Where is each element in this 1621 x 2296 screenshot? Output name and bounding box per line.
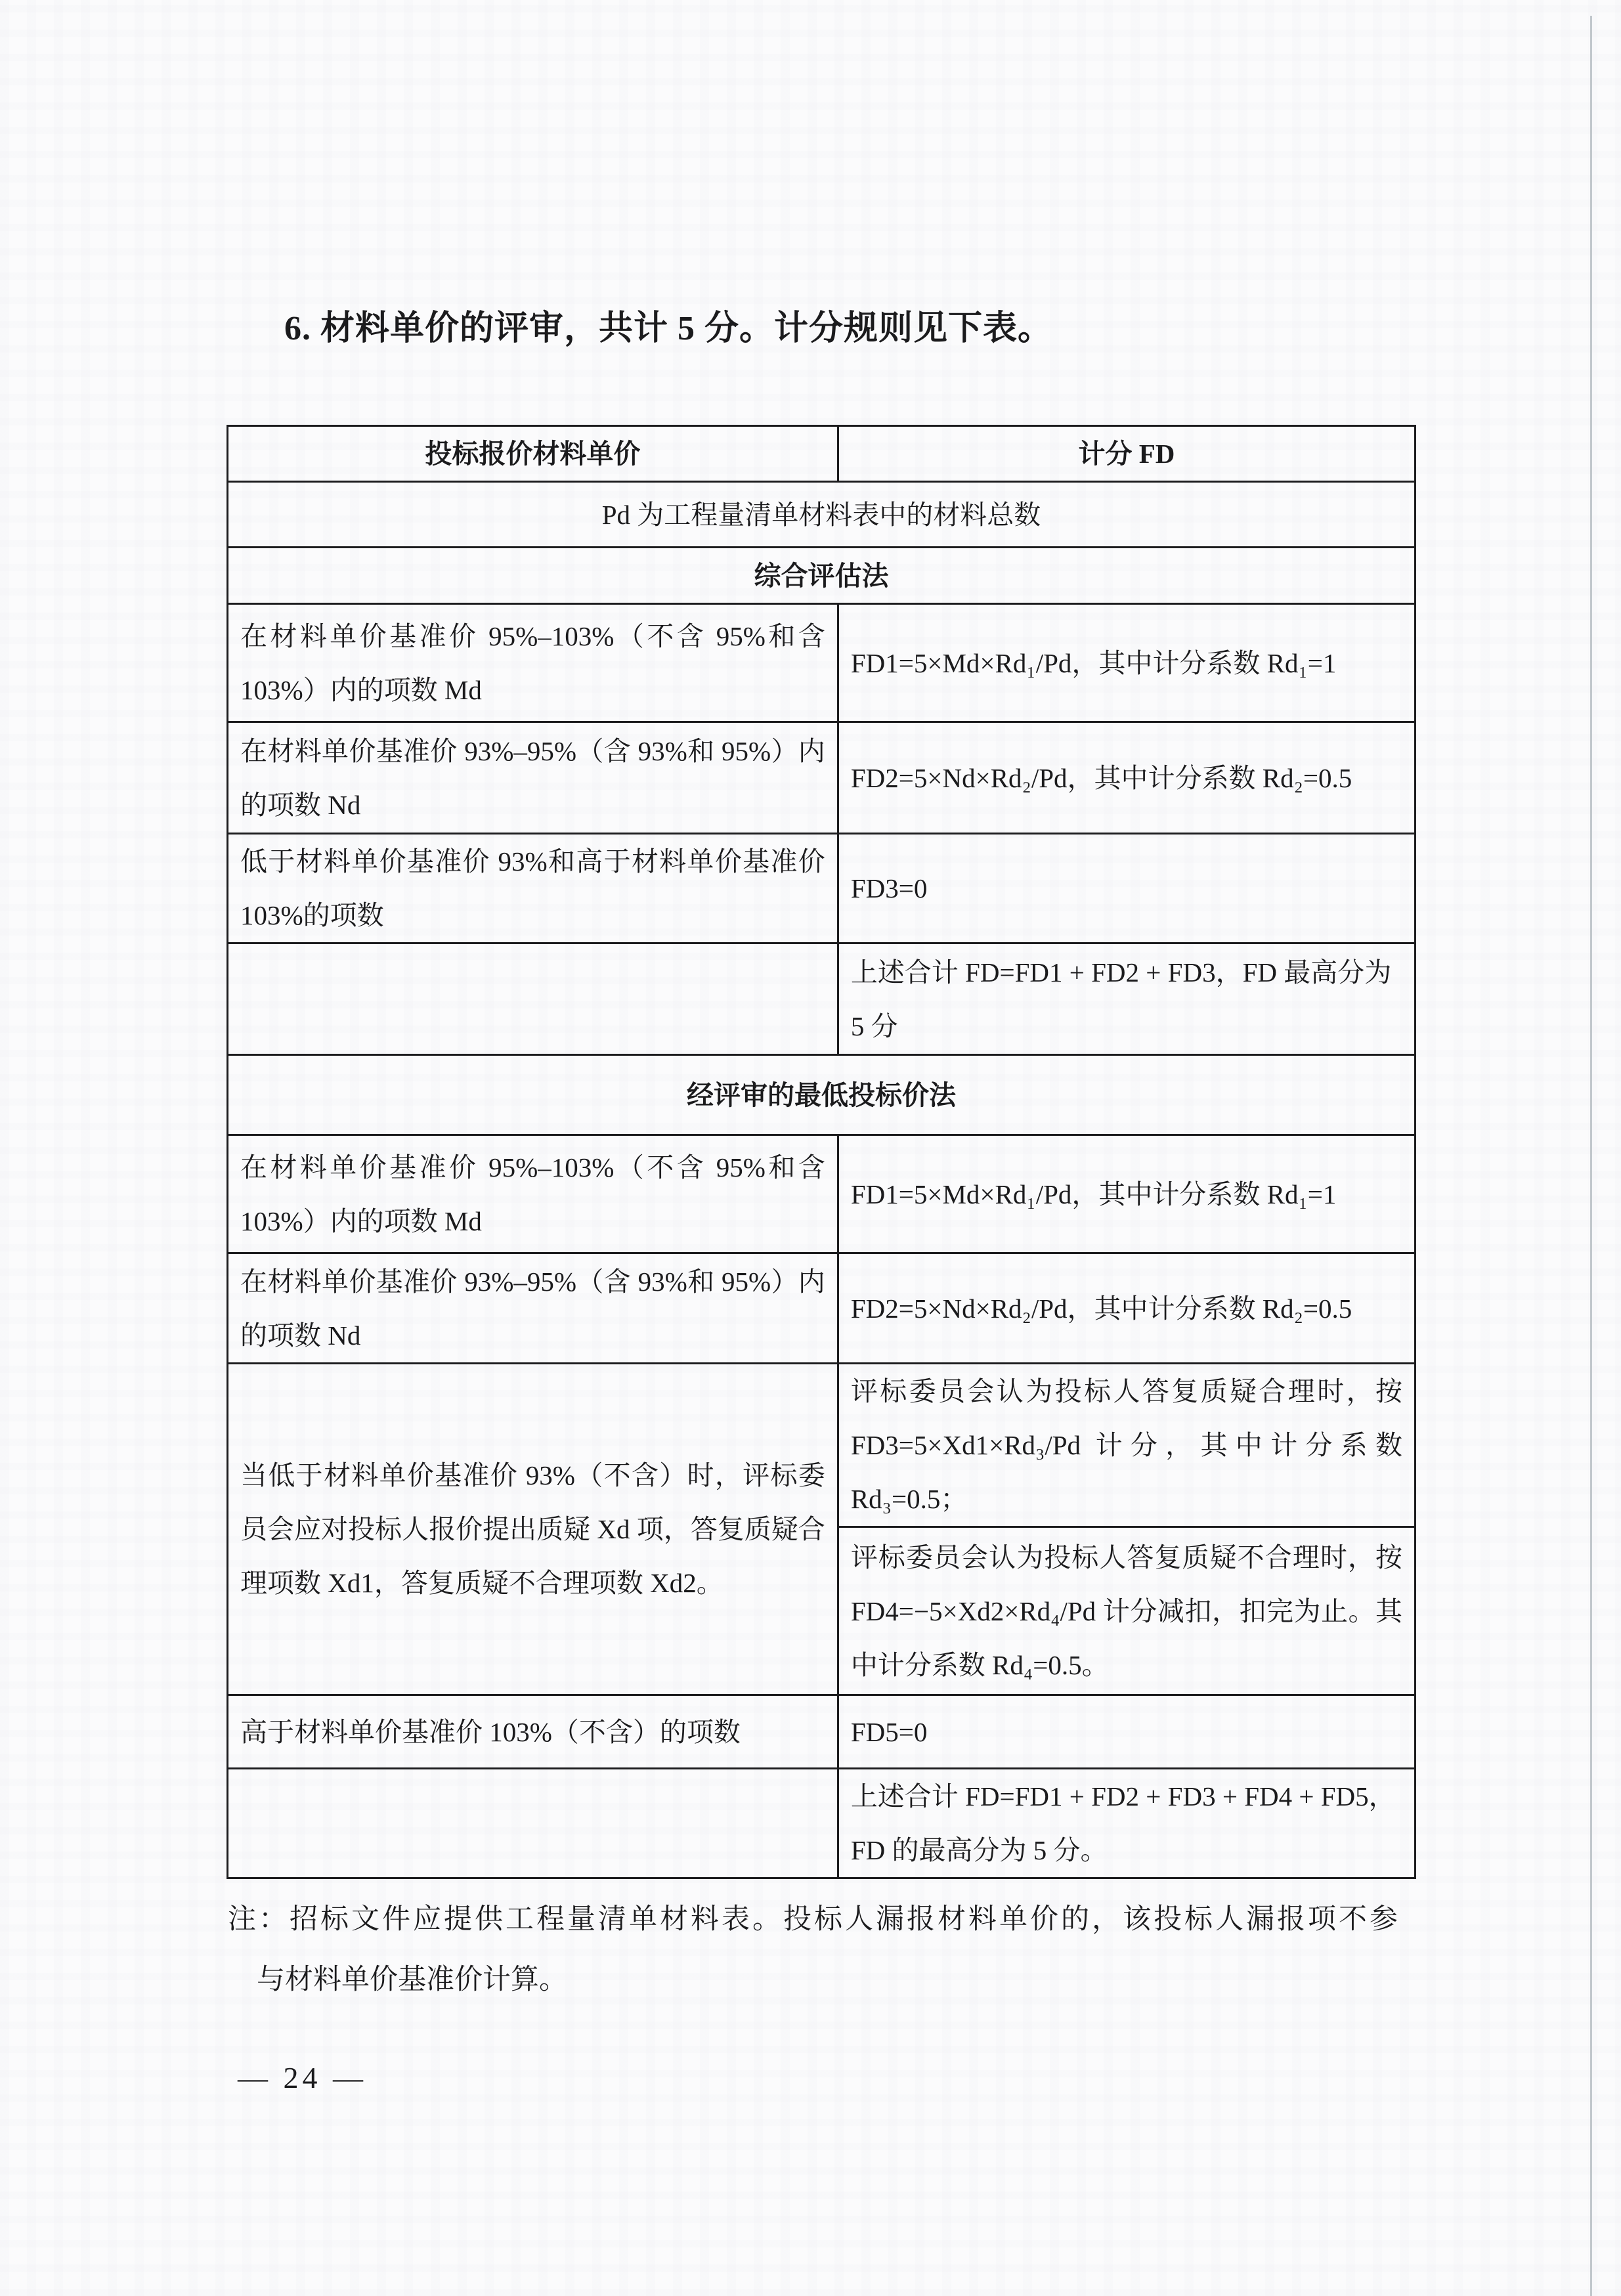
query-score-invalid-cell: 评标委员会认为投标人答复质疑不合理时，按 FD4=−5×Xd2×Rd₄/Pd 计… xyxy=(838,1527,1415,1695)
score-cell: FD2=5×Nd×Rd₂/Pd，其中计分系数 Rd₂=0.5 xyxy=(838,722,1415,834)
section-heading: 6. 材料单价的评审，共计 5 分。计分规则见下表。 xyxy=(284,307,1052,350)
empty-criteria-cell xyxy=(228,943,838,1055)
criteria-cell: 低于材料单价基准价 93%和高于材料单价基准价 103%的项数 xyxy=(228,834,838,943)
criteria-cell: 在材料单价基准价 95%–103%（不含 95%和含 103%）内的项数 Md xyxy=(228,1135,838,1253)
scan-artifact-line xyxy=(1590,16,1592,2296)
pd-definition-row: Pd 为工程量清单材料表中的材料总数 xyxy=(228,482,1416,548)
page-number: — 24 — xyxy=(238,2060,367,2095)
col-header-score-fd: 计分 FD xyxy=(838,426,1415,482)
table-row: 上述合计 FD=FD1 + FD2 + FD3 + FD4 + FD5，FD 的… xyxy=(228,1769,1416,1878)
query-score-valid-cell: 评标委员会认为投标人答复质疑合理时，按 FD3=5×Xd1×Rd₃/Pd 计分，… xyxy=(838,1364,1415,1527)
table-row: 低于材料单价基准价 93%和高于材料单价基准价 103%的项数 FD3=0 xyxy=(228,834,1416,943)
note-line-1: 注：招标文件应提供工程量清单材料表。投标人漏报材料单价的，该投标人漏报项不参 xyxy=(228,1890,1421,1950)
scoring-rules-table: 投标报价材料单价 计分 FD Pd 为工程量清单材料表中的材料总数 综合评估法 … xyxy=(227,425,1416,1879)
criteria-cell: 高于材料单价基准价 103%（不含）的项数 xyxy=(228,1695,838,1769)
score-cell: FD1=5×Md×Rd₁/Pd，其中计分系数 Rd₁=1 xyxy=(838,1135,1415,1253)
table-row: 在材料单价基准价 95%–103%（不含 95%和含 103%）内的项数 Md … xyxy=(228,1135,1416,1253)
note-line-2: 与材料单价基准价计算。 xyxy=(257,1950,1421,2010)
score-cell: FD3=0 xyxy=(838,834,1415,943)
table-row: 在材料单价基准价 93%–95%（含 93%和 95%）内的项数 Nd FD2=… xyxy=(228,1253,1416,1364)
section2-title-row: 经评审的最低投标价法 xyxy=(228,1055,1416,1135)
pd-definition: Pd 为工程量清单材料表中的材料总数 xyxy=(228,482,1416,548)
query-criteria-cell: 当低于材料单价基准价 93%（不含）时，评标委员会应对投标人报价提出质疑 Xd … xyxy=(228,1364,838,1695)
section2-title: 经评审的最低投标价法 xyxy=(228,1055,1416,1135)
section1-title-row: 综合评估法 xyxy=(228,548,1416,604)
table-row: 在材料单价基准价 95%–103%（不含 95%和含 103%）内的项数 Md … xyxy=(228,604,1416,722)
table-row: 在材料单价基准价 93%–95%（含 93%和 95%）内的项数 Nd FD2=… xyxy=(228,722,1416,834)
score-cell: FD1=5×Md×Rd₁/Pd，其中计分系数 Rd₁=1 xyxy=(838,604,1415,722)
table-header-row: 投标报价材料单价 计分 FD xyxy=(228,426,1416,482)
score-cell: FD2=5×Nd×Rd₂/Pd，其中计分系数 Rd₂=0.5 xyxy=(838,1253,1415,1364)
section1-total-cell: 上述合计 FD=FD1 + FD2 + FD3，FD 最高分为 5 分 xyxy=(838,943,1415,1055)
section1-title: 综合评估法 xyxy=(228,548,1416,604)
table-row: 高于材料单价基准价 103%（不含）的项数 FD5=0 xyxy=(228,1695,1416,1769)
query-row-part1: 当低于材料单价基准价 93%（不含）时，评标委员会应对投标人报价提出质疑 Xd … xyxy=(228,1364,1416,1527)
score-cell: FD5=0 xyxy=(838,1695,1415,1769)
criteria-cell: 在材料单价基准价 93%–95%（含 93%和 95%）内的项数 Nd xyxy=(228,1253,838,1364)
criteria-cell: 在材料单价基准价 93%–95%（含 93%和 95%）内的项数 Nd xyxy=(228,722,838,834)
section2-total-cell: 上述合计 FD=FD1 + FD2 + FD3 + FD4 + FD5，FD 的… xyxy=(838,1769,1415,1878)
table-note: 注：招标文件应提供工程量清单材料表。投标人漏报材料单价的，该投标人漏报项不参 与… xyxy=(228,1890,1421,2010)
document-page: 6. 材料单价的评审，共计 5 分。计分规则见下表。 投标报价材料单价 计分 F… xyxy=(0,0,1621,2296)
criteria-cell: 在材料单价基准价 95%–103%（不含 95%和含 103%）内的项数 Md xyxy=(228,604,838,722)
col-header-bid-material-price: 投标报价材料单价 xyxy=(228,426,838,482)
table-row: 上述合计 FD=FD1 + FD2 + FD3，FD 最高分为 5 分 xyxy=(228,943,1416,1055)
empty-criteria-cell xyxy=(228,1769,838,1878)
